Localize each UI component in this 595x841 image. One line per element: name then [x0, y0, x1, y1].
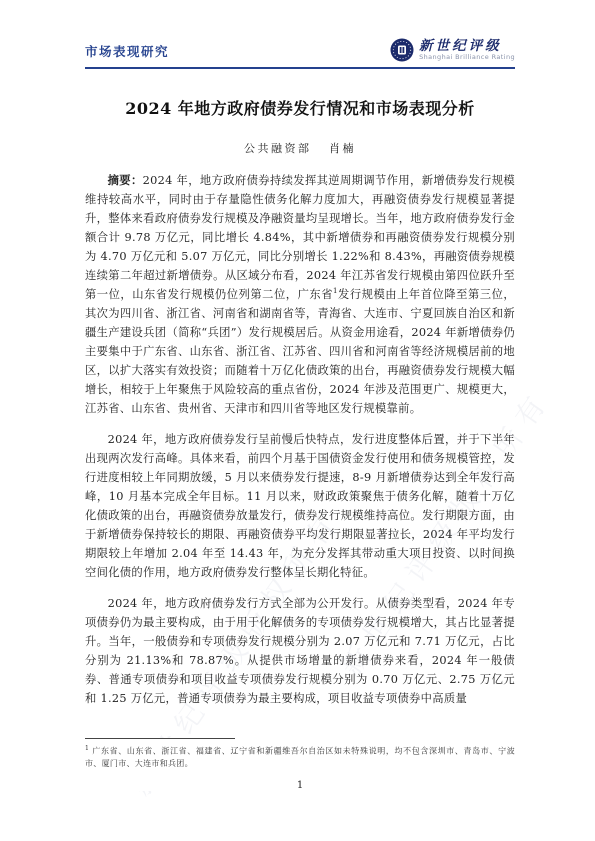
byline-department: 公共融资部 — [244, 142, 312, 155]
paragraph-issuance-pace: 2024 年，地方政府债券发行呈前慢后快特点，发行进度整体后置，并于下半年出现两… — [85, 430, 515, 582]
footnote-text: 广东省、山东省、浙江省、福建省、辽宁省和新疆维吾尔自治区如未特殊说明，均不包含深… — [85, 747, 515, 769]
page-header: 市场表现研究 新世纪评级 Shanghai Brilliance Rating — [85, 38, 515, 69]
brand-name-en: Shanghai Brilliance Rating — [419, 54, 515, 61]
byline: 公共融资部肖楠 — [85, 140, 515, 156]
abstract-text-part2: 发行规模由上年首位降至第三位，其次为四川省、浙江省、河南省和湖南省等，青海省、大… — [85, 288, 515, 415]
report-category-label: 市场表现研究 — [85, 42, 169, 62]
page-number: 1 — [85, 780, 515, 791]
footnote-number: 1 — [85, 745, 89, 752]
page-footer: 1 广东省、山东省、浙江省、福建省、辽宁省和新疆维吾尔自治区如未特殊说明，均不包… — [85, 738, 515, 791]
brand-logotype: 新世纪评级 Shanghai Brilliance Rating — [419, 39, 515, 61]
abstract-label: 摘要： — [108, 173, 143, 187]
brand-emblem-icon — [390, 38, 414, 62]
paragraph-abstract: 摘要：2024 年，地方政府债券持续发挥其逆周期调节作用，新增债券发行规模维持较… — [85, 171, 515, 418]
document-title: 2024 年地方政府债券发行情况和市场表现分析 — [85, 96, 515, 119]
footnote-separator — [85, 738, 235, 739]
brand-name-cn: 新世纪评级 — [419, 39, 515, 54]
paragraph-bond-types: 2024 年，地方政府债券发行方式全部为公开发行。从债券类型看，2024 年专项… — [85, 594, 515, 708]
byline-author: 肖楠 — [329, 142, 356, 155]
document-page: 市场表现研究 新世纪评级 Shanghai Brilliance Rating … — [0, 0, 595, 841]
footnote: 1 广东省、山东省、浙江省、福建省、辽宁省和新疆维吾尔自治区如未特殊说明，均不包… — [85, 743, 515, 771]
document-body: 摘要：2024 年，地方政府债券持续发挥其逆周期调节作用，新增债券发行规模维持较… — [85, 171, 515, 708]
abstract-text-part1: 2024 年，地方政府债券持续发挥其逆周期调节作用，新增债券发行规模维持较高水平… — [85, 174, 515, 301]
brand-logo: 新世纪评级 Shanghai Brilliance Rating — [390, 38, 515, 62]
